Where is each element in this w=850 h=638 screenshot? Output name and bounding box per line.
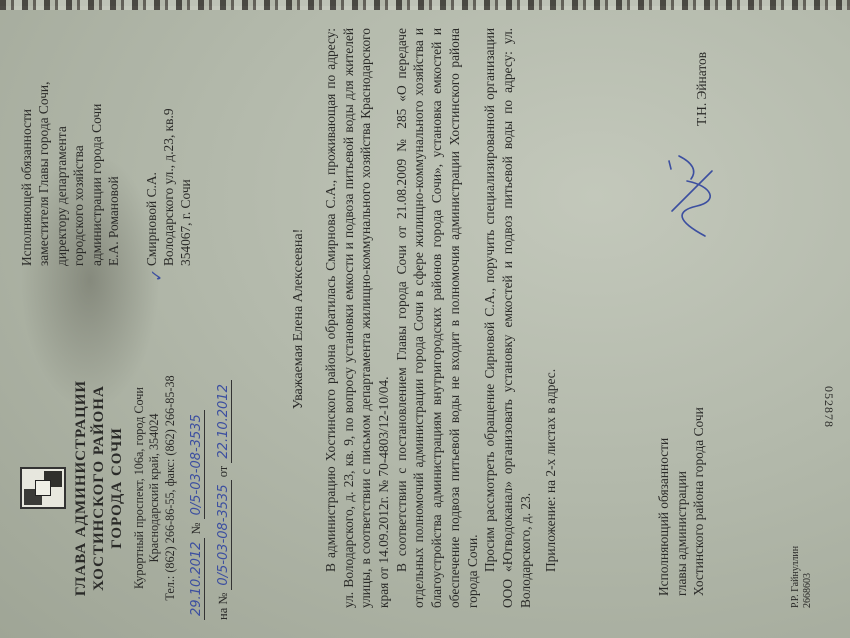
signature-block: Исполняющий обязанности главы администра… — [655, 36, 708, 596]
letterhead: ГЛАВА АДМИНИСТРАЦИИ ХОСТИНСКОГО РАЙОНА Г… — [20, 338, 232, 638]
letter-page: ГЛАВА АДМИНИСТРАЦИИ ХОСТИНСКОГО РАЙОНА Г… — [0, 0, 850, 638]
reply-number: 0/5-03-08-3535 — [216, 480, 232, 589]
outgoing-date: 29.10.2012 — [189, 538, 205, 620]
photo-top-edge — [0, 0, 850, 10]
outgoing-number: 0/5-03-08-3535 — [189, 410, 205, 519]
reply-reference: на № 0/5-03-08-3535 от 22.10.2012 — [215, 338, 232, 638]
recipient-official: Исполняющей обязанности заместителя Глав… — [18, 6, 123, 266]
executor-info: Р.Р. Гайнуллин 2668603 — [790, 546, 814, 608]
greeting: Уважаемая Елена Алексеевна! — [290, 0, 308, 638]
letter-body: В администрацию Хостинского района обрат… — [322, 28, 560, 608]
reply-date: 22.10.2012 — [216, 380, 232, 462]
recipient-person: ✓ Смирновой С.А. Володарского ул., д.23,… — [143, 6, 195, 266]
signatory-name: Т.Н. Эйнатов — [693, 52, 711, 126]
body-paragraph: В администрацию Хостинского района обрат… — [322, 28, 393, 608]
body-paragraph: В соответствии с постановлением Главы го… — [393, 28, 481, 608]
outgoing-registration: 29.10.2012 № 0/5-03-08-3535 — [188, 338, 205, 638]
recipient-block: Исполняющей обязанности заместителя Глав… — [18, 6, 195, 266]
organization-address: Курортный проспект, 106а, город Сочи Кра… — [132, 338, 178, 638]
serial-number: 052878 — [820, 386, 836, 428]
body-paragraph: Просим рассмотреть обращение Сирновой С.… — [481, 28, 534, 608]
coat-of-arms-icon — [20, 467, 66, 509]
check-mark-icon: ✓ — [147, 269, 168, 282]
attachment-note: Приложение: на 2-х листах в адрес. — [542, 28, 560, 608]
handwritten-signature-icon — [667, 151, 717, 241]
organization-title: ГЛАВА АДМИНИСТРАЦИИ ХОСТИНСКОГО РАЙОНА Г… — [72, 338, 126, 638]
